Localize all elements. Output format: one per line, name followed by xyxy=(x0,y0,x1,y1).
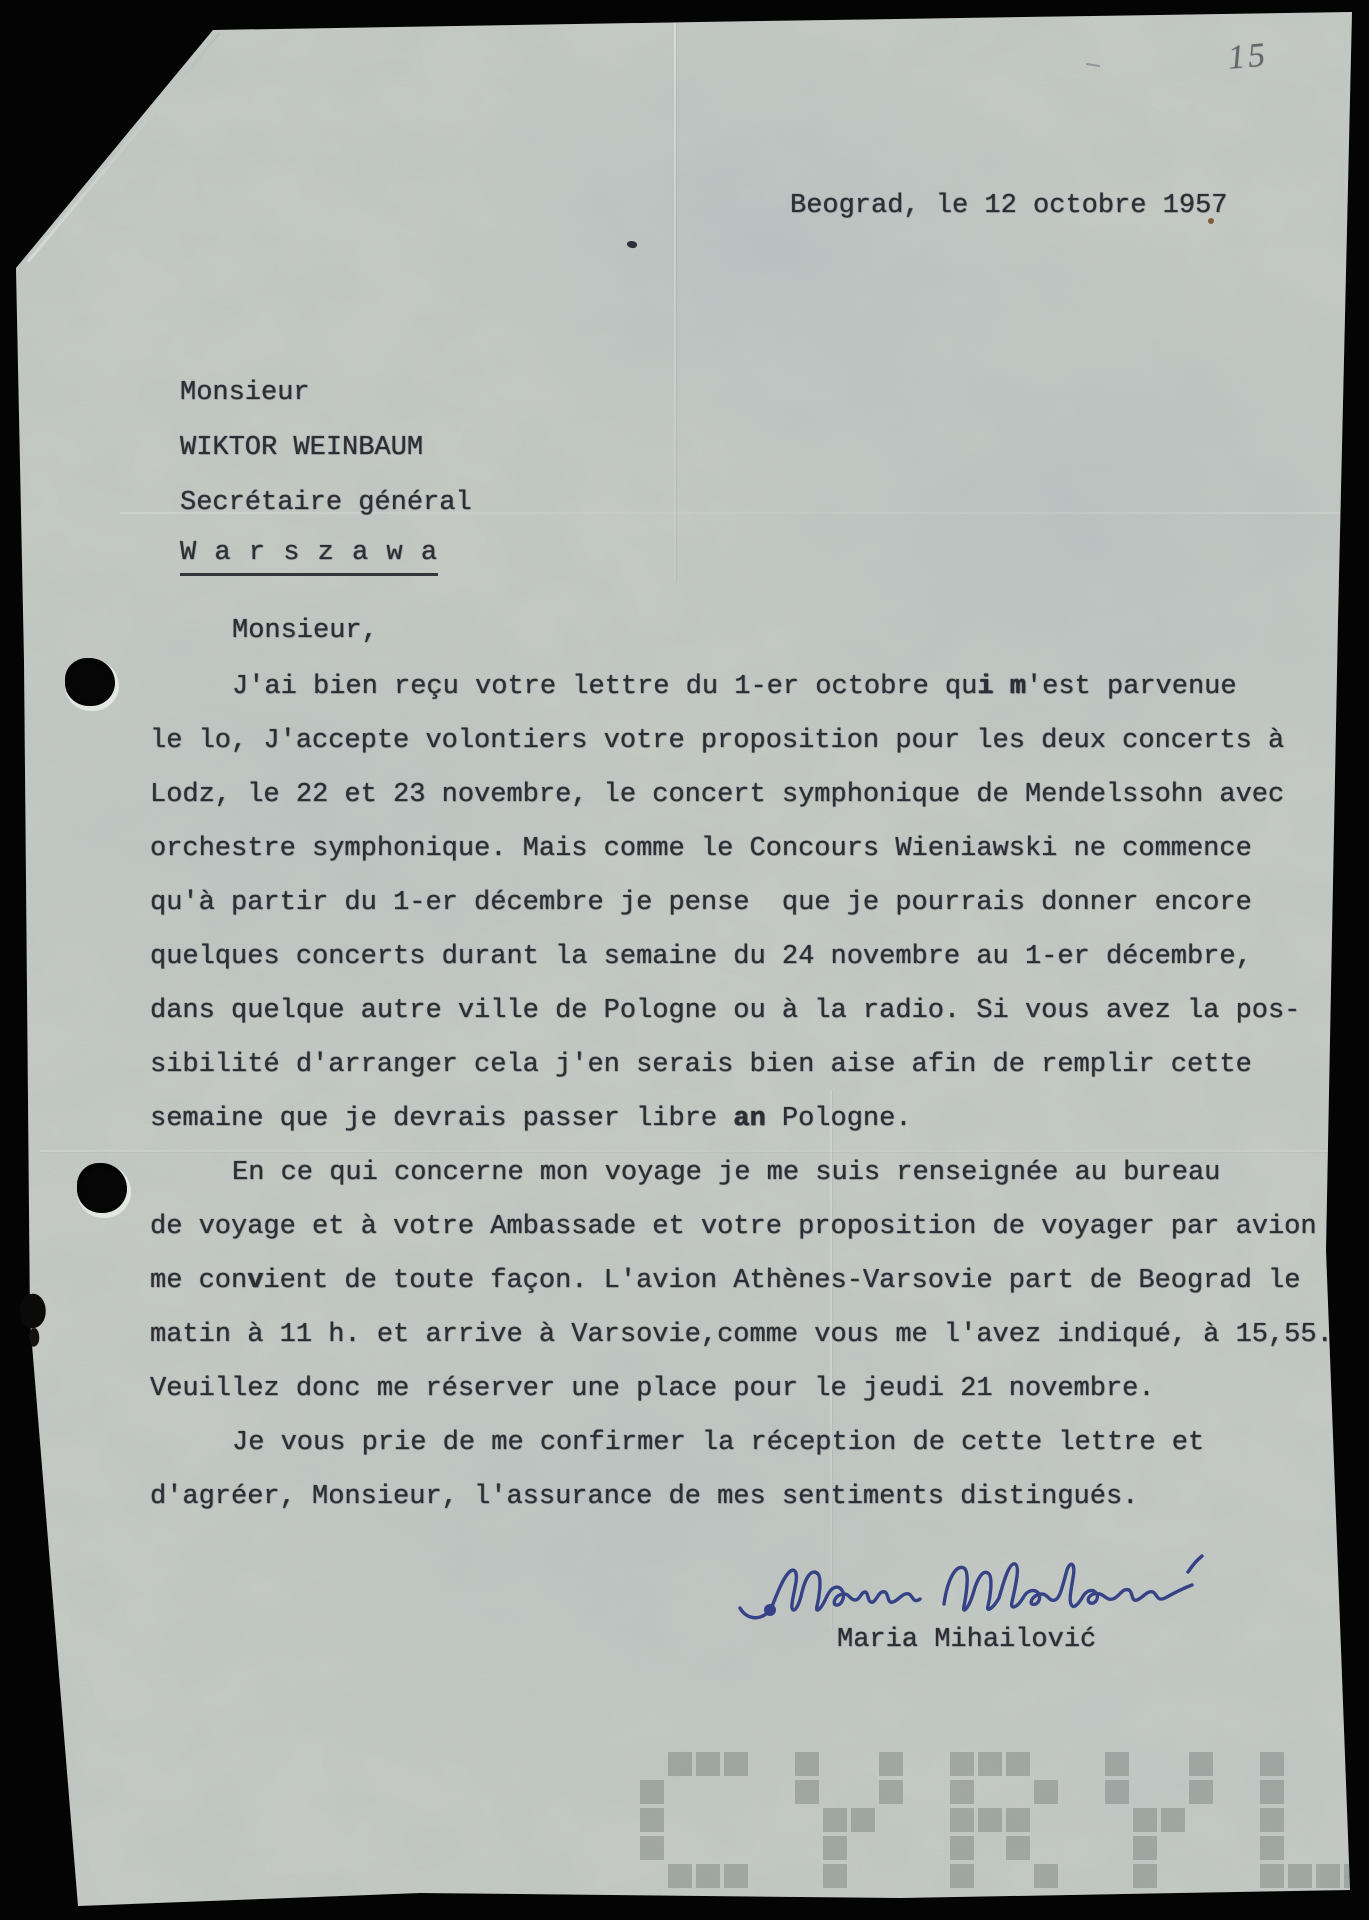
rust-speck xyxy=(1208,218,1214,224)
letter-line: quelques concerts durant la semaine du 2… xyxy=(150,942,1365,996)
fold-crease-corner xyxy=(27,32,221,262)
letter-line: Je vous prie de me confirmer la réceptio… xyxy=(150,1428,1365,1482)
punch-hole-bottom xyxy=(77,1163,127,1213)
punch-hole-top xyxy=(65,658,115,706)
recipient-city: W a r s z a w a xyxy=(180,538,438,576)
dateline: Beograd, le 12 octobre 1957 xyxy=(790,191,1227,221)
scan-background: 15 Beograd, le 12 octobre 1957 MonsieurW… xyxy=(0,0,1369,1920)
letter-line: le lo, J'accepte volontiers votre propos… xyxy=(150,726,1365,780)
letter-body: J'ai bien reçu votre lettre du 1-er octo… xyxy=(150,672,1365,1536)
letter-line: sibilité d'arranger cela j'en serais bie… xyxy=(150,1050,1365,1104)
letter-line: J'ai bien reçu votre lettre du 1-er octo… xyxy=(150,672,1365,726)
letter-line: En ce qui concerne mon voyage je me suis… xyxy=(150,1158,1365,1212)
recipient-block: MonsieurWIKTOR WEINBAUMSecrétaire généra… xyxy=(180,378,472,543)
letter-line: orchestre symphonique. Mais comme le Con… xyxy=(150,834,1365,888)
signature-typed: Maria Mihailović xyxy=(837,1625,1096,1655)
letter-paper: 15 Beograd, le 12 octobre 1957 MonsieurW… xyxy=(0,0,1369,1920)
ink-blot xyxy=(626,240,638,250)
letter-line: de voyage et à votre Ambassade et votre … xyxy=(150,1212,1365,1266)
signature-handwritten xyxy=(736,1548,1216,1626)
recipient-line: Secrétaire général xyxy=(180,488,472,543)
recipient-line: Monsieur xyxy=(180,378,472,433)
pencil-mark xyxy=(1086,63,1100,67)
recipient-line: WIKTOR WEINBAUM xyxy=(180,433,472,488)
letter-line: matin à 11 h. et arrive à Varsovie,comme… xyxy=(150,1320,1365,1374)
salutation: Monsieur, xyxy=(232,616,378,646)
letter-line: Lodz, le 22 et 23 novembre, le concert s… xyxy=(150,780,1365,834)
letter-line: dans quelque autre ville de Pologne ou à… xyxy=(150,996,1365,1050)
letter-line: me convient de toute façon. L'avion Athè… xyxy=(150,1266,1365,1320)
letter-line: d'agréer, Monsieur, l'assurance de mes s… xyxy=(150,1482,1365,1536)
archive-number: 15 xyxy=(1226,36,1269,77)
letter-line: Veuillez donc me réserver une place pour… xyxy=(150,1374,1365,1428)
fold-crease-vertical-top xyxy=(674,22,676,582)
letter-line: semaine que je devrais passer libre an P… xyxy=(150,1104,1365,1158)
cyryl-watermark xyxy=(640,1752,1369,1888)
letter-line: qu'à partir du 1-er décembre je pense qu… xyxy=(150,888,1365,942)
